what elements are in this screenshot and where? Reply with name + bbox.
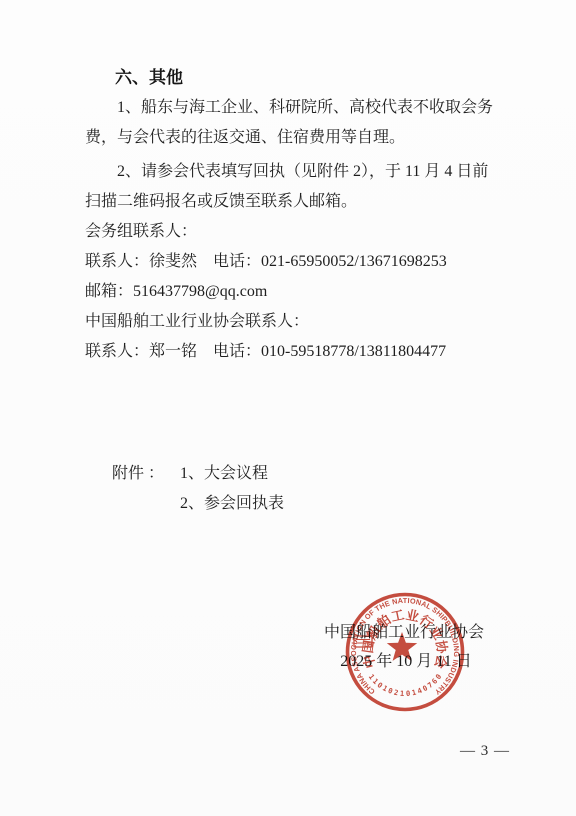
signature-date: 2025 年 10 月 11 日 xyxy=(330,650,482,674)
seal-serial-number: 11010210140760 xyxy=(367,672,444,698)
attachment-item-2: 2、参会回执表 xyxy=(180,489,517,519)
contact-group-1-title: 会务组联系人： xyxy=(85,217,517,247)
document-page: 六、其他 1、船东与海工企业、科研院所、高校代表不收取会务 费，与会代表的往返交… xyxy=(0,0,576,816)
paragraph-2-line-2: 扫描二维码报名或反馈至联系人邮箱。 xyxy=(85,187,517,217)
paragraph-1-line-2: 费，与会代表的往返交通、住宿费用等自理。 xyxy=(85,123,517,153)
contact-group-2-title: 中国船舶工业行业协会联系人： xyxy=(85,307,517,337)
contact-group-2-person-phone: 联系人：郑一铭 电话：010-59518778/13811804477 xyxy=(85,337,517,367)
contact-group-1-person-phone: 联系人：徐斐然 电话：021-65950052/13671698253 xyxy=(85,247,517,277)
paragraph-2-line-1: 2、请参会代表填写回执（见附件 2），于 11 月 4 日前 xyxy=(85,157,517,187)
paragraph-1-line-1: 1、船东与海工企业、科研院所、高校代表不收取会务 xyxy=(85,93,517,123)
attachments-block: 附件 ： 1、大会议程 2、参会回执表 xyxy=(112,459,517,519)
attachments-label: 附件 ： xyxy=(112,459,180,489)
document-body: 六、其他 1、船东与海工企业、科研院所、高校代表不收取会务 费，与会代表的往返交… xyxy=(85,63,517,519)
seal-english-ring-text: CHINA ASSOCIATION OF THE NATIONAL SHIPBU… xyxy=(349,596,461,697)
contact-group-1-email: 邮箱：516437798@qq.com xyxy=(85,277,517,307)
page-number: — 3 — xyxy=(460,743,510,760)
section-heading: 六、其他 xyxy=(85,63,517,93)
attachment-item-1: 1、大会议程 xyxy=(180,459,517,489)
signature-organization: 中国船舶工业行业协会 xyxy=(322,621,486,645)
attachments-label-spacer xyxy=(112,489,180,519)
